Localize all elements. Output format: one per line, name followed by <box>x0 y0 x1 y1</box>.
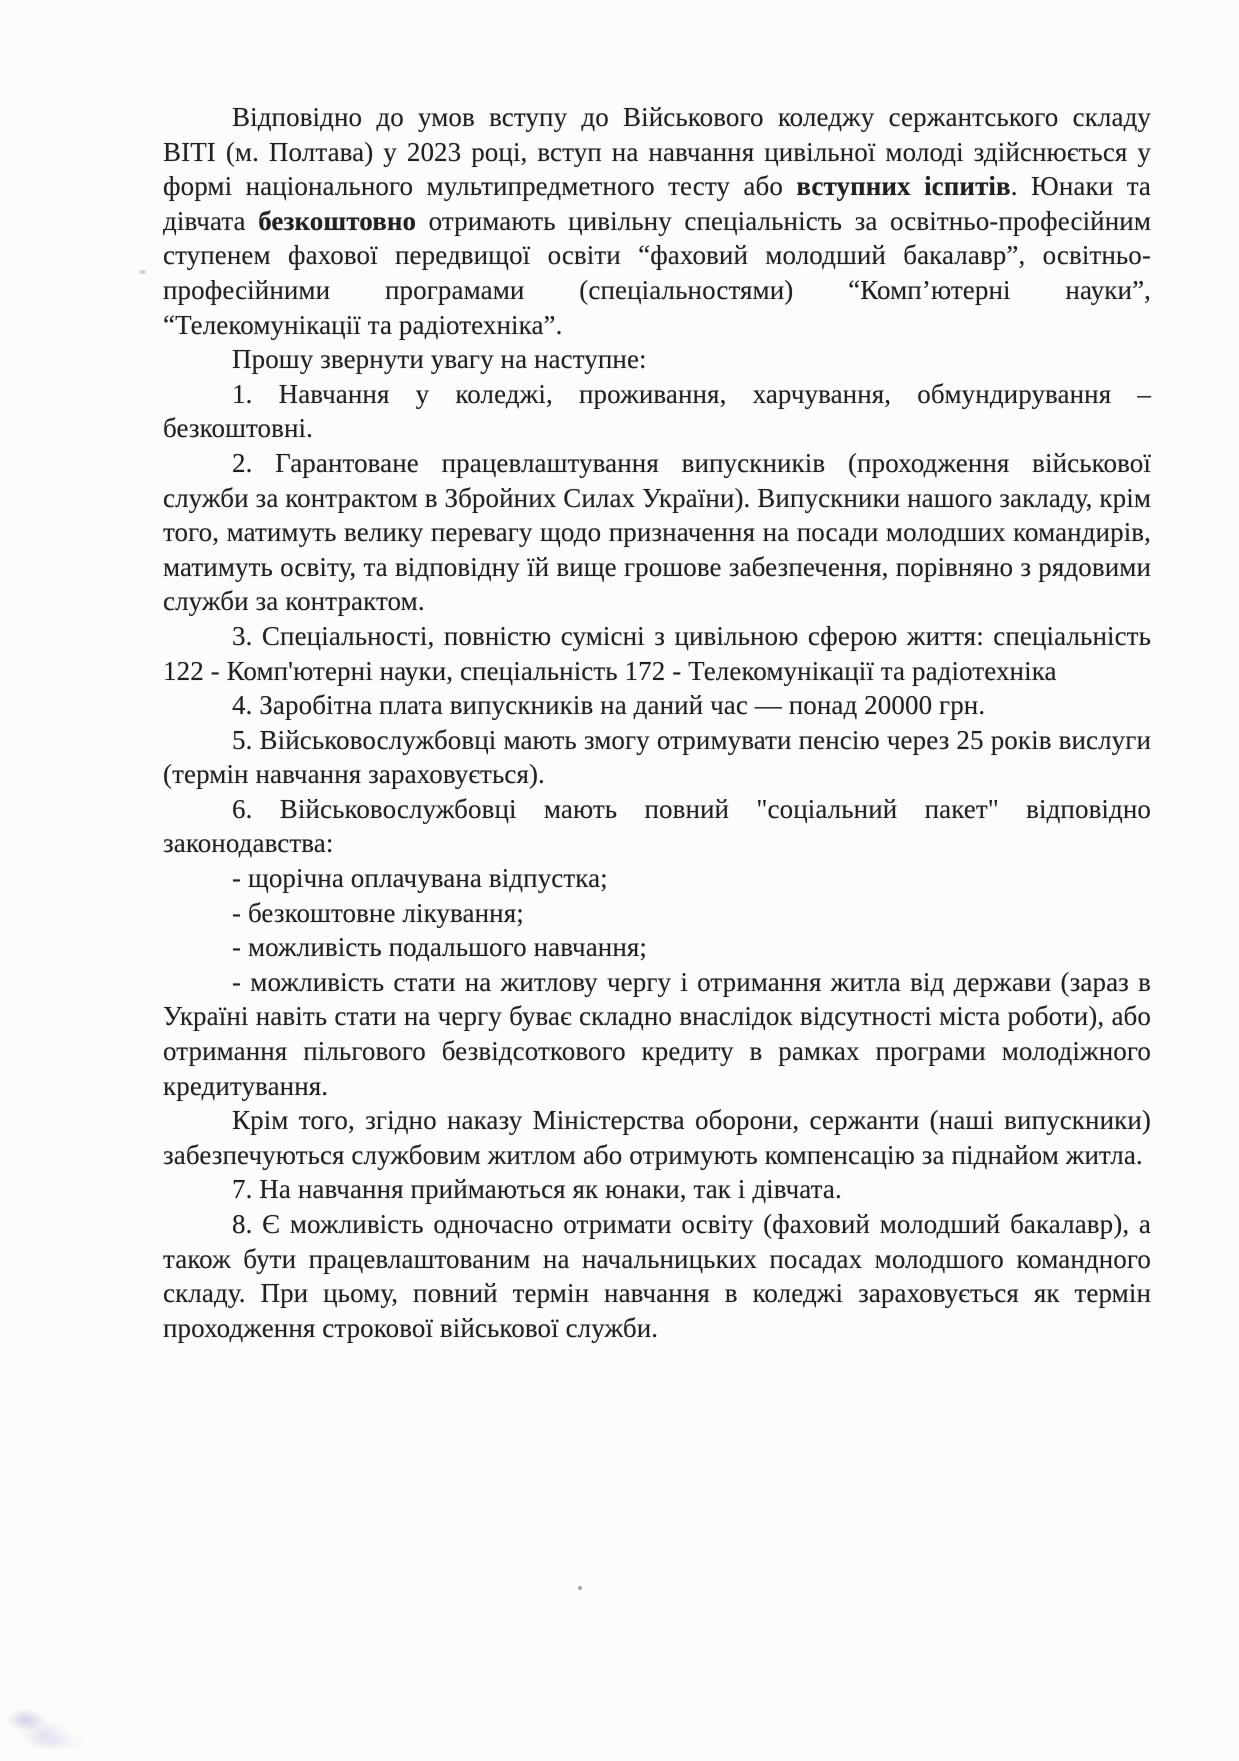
paragraph: 2. Гарантоване працевлаштування випускни… <box>163 446 1151 619</box>
text-run: 3. Спеціальності, повністю сумісні з цив… <box>163 621 1151 686</box>
paragraph: 3. Спеціальності, повністю сумісні з цив… <box>163 619 1151 688</box>
text-run: - можливість стати на житлову чергу і от… <box>163 967 1151 1101</box>
paragraph: Відповідно до умов вступу до Військового… <box>163 100 1151 342</box>
text-run: - щорічна оплачувана відпустка; <box>232 863 608 893</box>
paragraph: Прошу звернути увагу на наступне: <box>163 342 1151 377</box>
text-run: 8. Є можливість одночасно отримати освіт… <box>163 1209 1151 1343</box>
text-run: - безкоштовне лікування; <box>232 898 524 928</box>
scan-speck-artifact <box>578 1586 582 1590</box>
text-run: 7. На навчання приймаються як юнаки, так… <box>232 1174 842 1204</box>
text-run: 6. Військовослужбовці мають повний "соці… <box>163 794 1151 859</box>
paragraph: 7. На навчання приймаються як юнаки, так… <box>163 1172 1151 1207</box>
bold-text-run: вступних іспитів <box>796 171 1010 201</box>
paragraph: - можливість подальшого навчання; <box>163 930 1151 965</box>
paragraph: 6. Військовослужбовці мають повний "соці… <box>163 792 1151 861</box>
scan-speck-artifact <box>139 270 146 274</box>
paragraph: - безкоштовне лікування; <box>163 896 1151 931</box>
text-run: 4. Заробітна плата випускників на даний … <box>232 690 985 720</box>
text-run: - можливість подальшого навчання; <box>232 932 647 962</box>
paragraph: - можливість стати на житлову чергу і от… <box>163 965 1151 1103</box>
paragraph: 1. Навчання у коледжі, проживання, харчу… <box>163 377 1151 446</box>
text-run: 5. Військовослужбовці мають змогу отриму… <box>163 725 1151 790</box>
text-run: Прошу звернути увагу на наступне: <box>232 344 647 374</box>
scanned-document-page: Відповідно до умов вступу до Військового… <box>0 0 1239 1761</box>
bold-text-run: безкоштовно <box>258 206 416 236</box>
text-run: Крім того, згідно наказу Міністерства об… <box>163 1105 1151 1170</box>
paragraph: 4. Заробітна плата випускників на даний … <box>163 688 1151 723</box>
text-run: 1. Навчання у коледжі, проживання, харчу… <box>163 379 1151 444</box>
paragraph: 5. Військовослужбовці мають змогу отриму… <box>163 723 1151 792</box>
document-body: Відповідно до умов вступу до Військового… <box>163 100 1151 1345</box>
text-run: 2. Гарантоване працевлаштування випускни… <box>163 448 1151 616</box>
paragraph: Крім того, згідно наказу Міністерства об… <box>163 1103 1151 1172</box>
ink-smudge-artifact <box>4 1668 90 1756</box>
paragraph: - щорічна оплачувана відпустка; <box>163 861 1151 896</box>
paragraph: 8. Є можливість одночасно отримати освіт… <box>163 1207 1151 1345</box>
